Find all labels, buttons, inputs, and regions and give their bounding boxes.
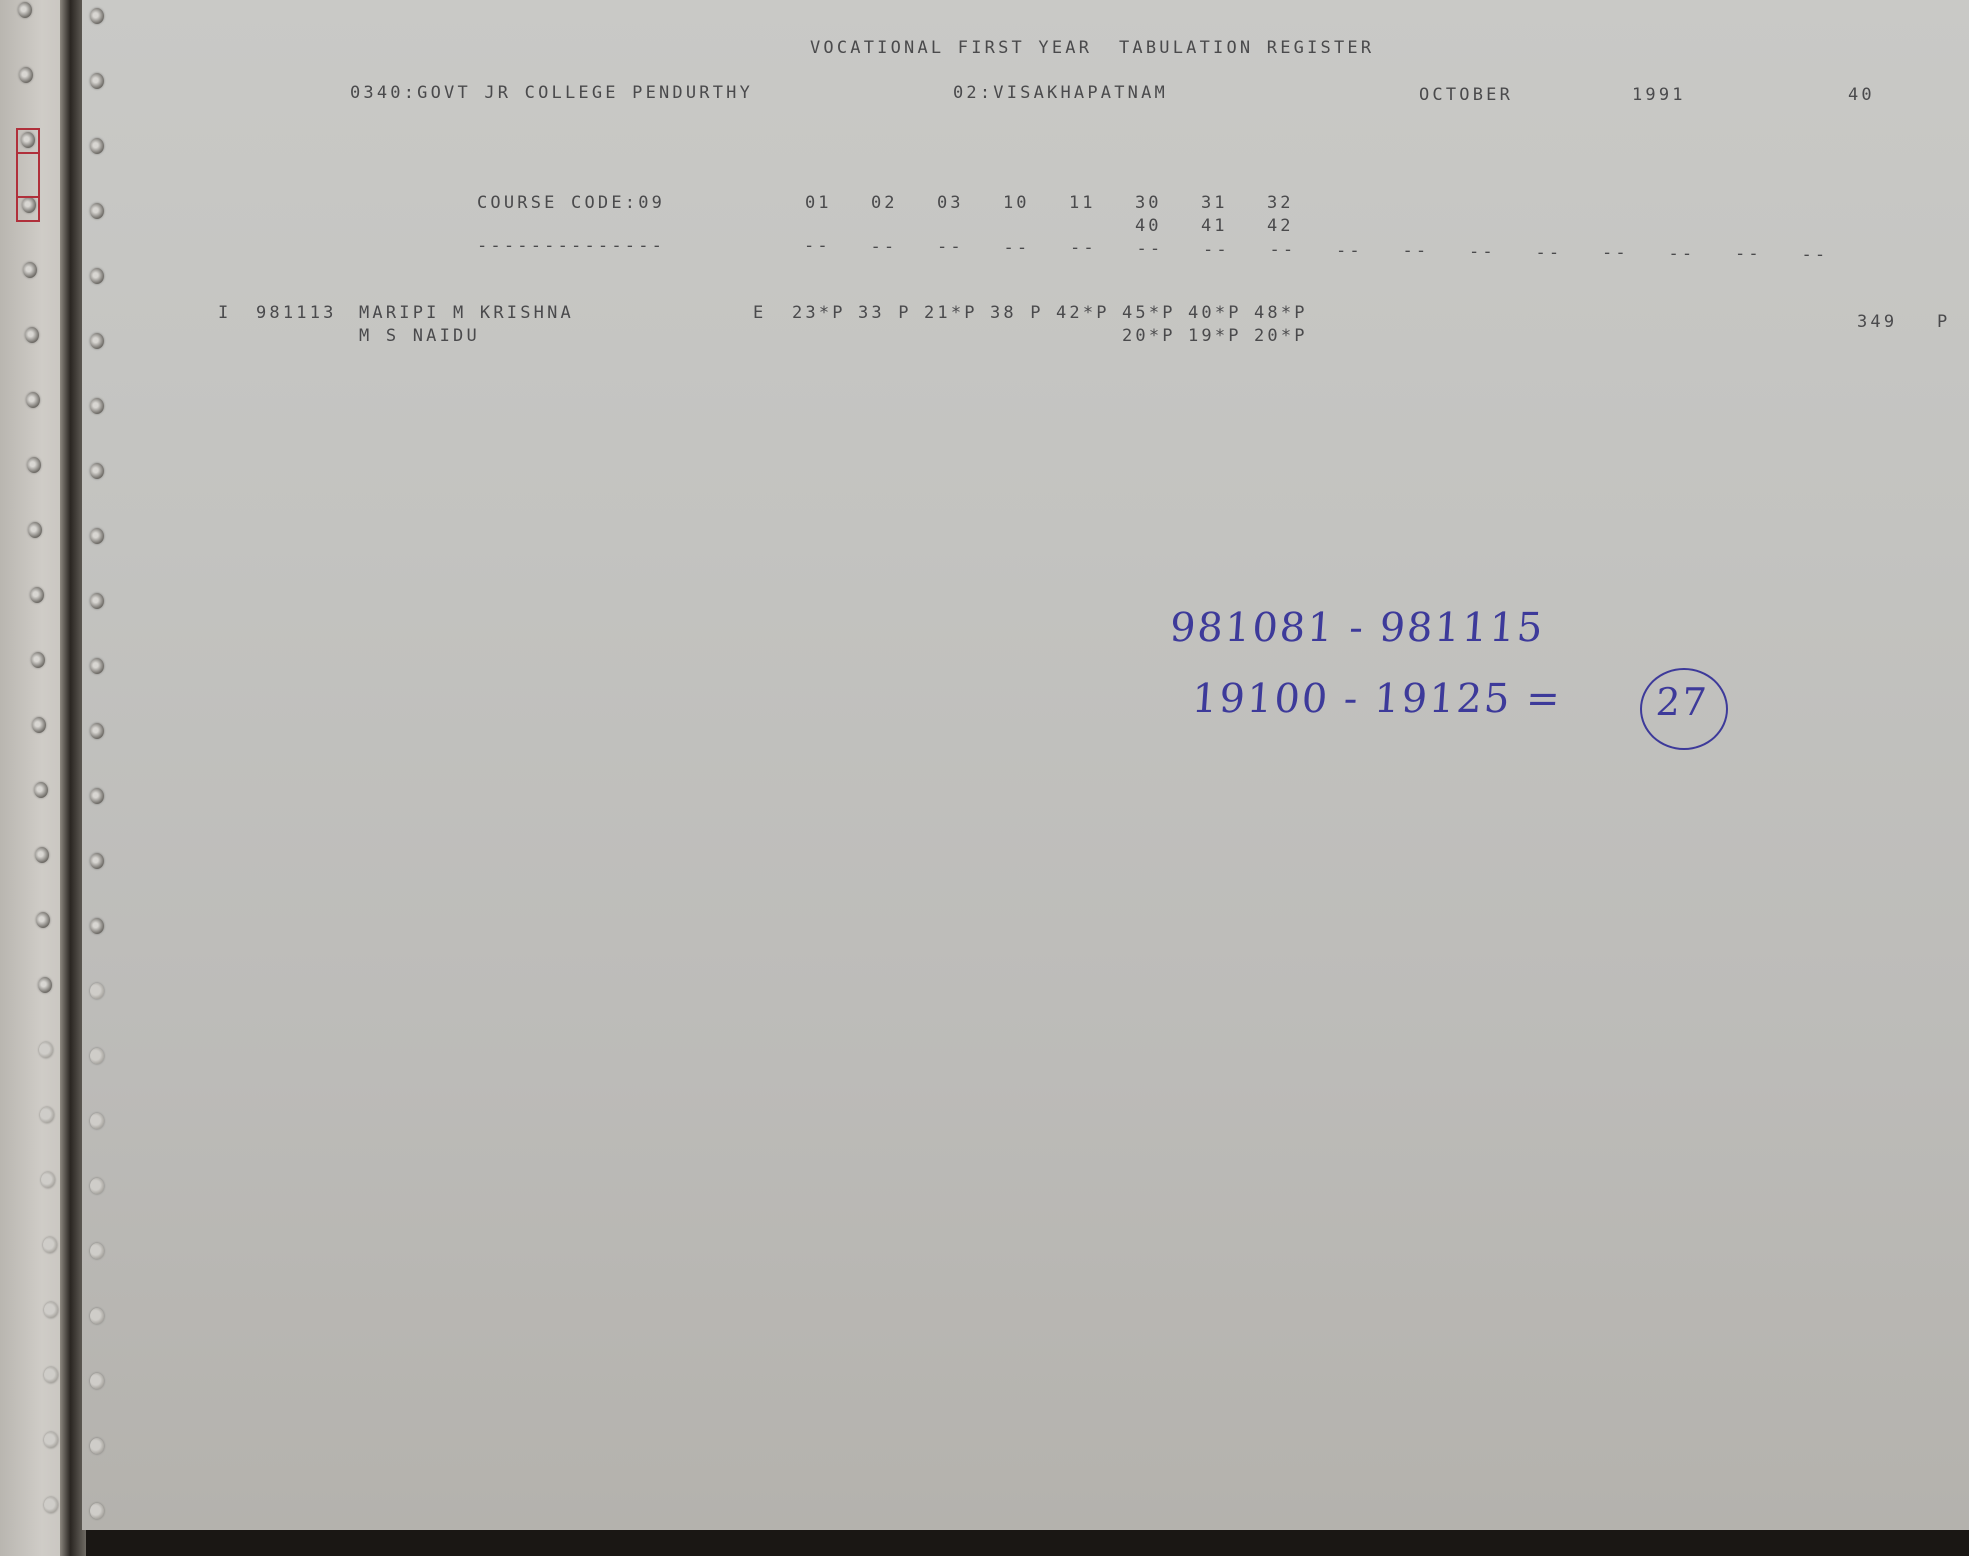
subject-code: 02 bbox=[871, 193, 897, 213]
column-separator: -- bbox=[937, 237, 964, 257]
subject-marks: 21*P bbox=[924, 303, 978, 323]
punch-hole bbox=[38, 977, 52, 993]
subject-code: 40 bbox=[1135, 216, 1161, 236]
punch-hole bbox=[26, 392, 40, 408]
punch-hole bbox=[31, 652, 45, 668]
punch-hole bbox=[35, 847, 49, 863]
exam-month: OCTOBER bbox=[1419, 85, 1513, 105]
tractor-feed-hole bbox=[90, 1178, 104, 1194]
father-name: M S NAIDU bbox=[359, 326, 480, 346]
subject-marks: 40*P bbox=[1188, 303, 1242, 323]
subject-marks: 48*P bbox=[1254, 303, 1308, 323]
subject-marks: 20*P bbox=[1122, 326, 1176, 346]
column-separator: -- bbox=[1070, 238, 1097, 258]
punch-hole bbox=[39, 1042, 53, 1058]
column-separator: -- bbox=[871, 237, 898, 257]
punch-hole bbox=[18, 2, 32, 18]
column-separator: -- bbox=[1004, 238, 1031, 258]
tractor-feed-hole bbox=[90, 1048, 104, 1064]
tractor-feed-hole bbox=[90, 8, 104, 24]
tractor-feed-hole bbox=[90, 658, 104, 674]
tractor-feed-hole bbox=[90, 983, 104, 999]
column-separator: -- bbox=[1802, 245, 1829, 265]
column-separator: -- bbox=[1270, 240, 1297, 260]
tractor-feed-hole bbox=[90, 593, 104, 609]
subject-code: 42 bbox=[1267, 216, 1293, 236]
column-separator: -- bbox=[1536, 243, 1563, 263]
column-separator: -- bbox=[1336, 241, 1363, 261]
punch-hole bbox=[44, 1302, 58, 1318]
tractor-feed-hole bbox=[90, 268, 104, 284]
page-number: 40 bbox=[1848, 85, 1875, 105]
medium-code: E bbox=[753, 303, 766, 323]
tractor-feed-hole bbox=[90, 398, 104, 414]
tractor-feed-hole bbox=[90, 138, 104, 154]
tractor-feed-hole bbox=[90, 918, 104, 934]
column-separator: -- bbox=[1403, 241, 1430, 261]
punch-hole bbox=[27, 457, 41, 473]
punch-hole bbox=[43, 1237, 57, 1253]
punch-hole bbox=[25, 327, 39, 343]
subject-marks: 38 P bbox=[990, 303, 1044, 323]
tractor-feed-hole bbox=[90, 1243, 104, 1259]
subject-marks: 19*P bbox=[1188, 326, 1242, 346]
subject-code: 11 bbox=[1069, 193, 1095, 213]
subject-code: 32 bbox=[1267, 193, 1293, 213]
punch-hole bbox=[30, 587, 44, 603]
column-separator: -- bbox=[1602, 243, 1629, 263]
tractor-feed-hole bbox=[90, 1503, 104, 1519]
tractor-feed-hole bbox=[90, 788, 104, 804]
exam-year: 1991 bbox=[1632, 85, 1686, 105]
tractor-feed-hole bbox=[90, 1373, 104, 1389]
tractor-feed-hole bbox=[90, 333, 104, 349]
subject-code: 01 bbox=[805, 193, 831, 213]
subject-marks: 42*P bbox=[1056, 303, 1110, 323]
punch-hole bbox=[44, 1497, 58, 1513]
column-separator: -- bbox=[1469, 242, 1496, 262]
subject-code: 41 bbox=[1201, 216, 1227, 236]
tractor-feed-hole bbox=[90, 853, 104, 869]
subject-code: 31 bbox=[1201, 193, 1227, 213]
tractor-feed-hole bbox=[90, 203, 104, 219]
handwritten-serial-range: 19100 - 19125 = bbox=[1190, 676, 1563, 722]
final-result: P bbox=[1937, 312, 1950, 332]
tractor-feed-hole bbox=[90, 528, 104, 544]
subject-code: 03 bbox=[937, 193, 963, 213]
tractor-feed-hole bbox=[90, 1113, 104, 1129]
result-class: I bbox=[218, 303, 231, 323]
subject-code: 30 bbox=[1135, 193, 1161, 213]
district-name: 02:VISAKHAPATNAM bbox=[953, 83, 1168, 103]
total-marks: 349 bbox=[1857, 312, 1897, 332]
column-separator: -- bbox=[1203, 240, 1230, 260]
subject-marks: 45*P bbox=[1122, 303, 1176, 323]
column-separator: -- bbox=[1669, 244, 1696, 264]
hall-ticket-number: 981113 bbox=[256, 303, 337, 323]
subject-marks: 33 P bbox=[858, 303, 912, 323]
course-code-label: COURSE CODE:09 bbox=[477, 193, 665, 213]
punch-hole bbox=[44, 1367, 58, 1383]
tractor-feed-hole bbox=[90, 73, 104, 89]
tractor-feed-hole bbox=[90, 1438, 104, 1454]
handwritten-ticket-range: 981081 - 981115 bbox=[1168, 605, 1546, 651]
subject-marks: 23*P bbox=[792, 303, 846, 323]
tabulation-sheet bbox=[82, 0, 1969, 1530]
punch-hole bbox=[34, 782, 48, 798]
column-separator: -- bbox=[1137, 239, 1164, 259]
red-margin-box bbox=[16, 128, 40, 222]
column-separator: -- bbox=[804, 236, 831, 256]
candidate-name: MARIPI M KRISHNA bbox=[359, 303, 574, 323]
tractor-feed-hole bbox=[90, 463, 104, 479]
punch-hole bbox=[40, 1107, 54, 1123]
register-title: VOCATIONAL FIRST YEAR TABULATION REGISTE… bbox=[810, 38, 1374, 58]
college-name: 0340:GOVT JR COLLEGE PENDURTHY bbox=[350, 83, 753, 103]
subject-marks: 20*P bbox=[1254, 326, 1308, 346]
tractor-feed-hole bbox=[90, 723, 104, 739]
handwritten-circled-count: 27 bbox=[1654, 680, 1709, 724]
column-separator: -- bbox=[1735, 244, 1762, 264]
subject-code: 10 bbox=[1003, 193, 1029, 213]
course-code-underline: -------------- bbox=[477, 236, 665, 256]
tractor-feed-hole bbox=[90, 1308, 104, 1324]
punch-hole bbox=[44, 1432, 58, 1448]
